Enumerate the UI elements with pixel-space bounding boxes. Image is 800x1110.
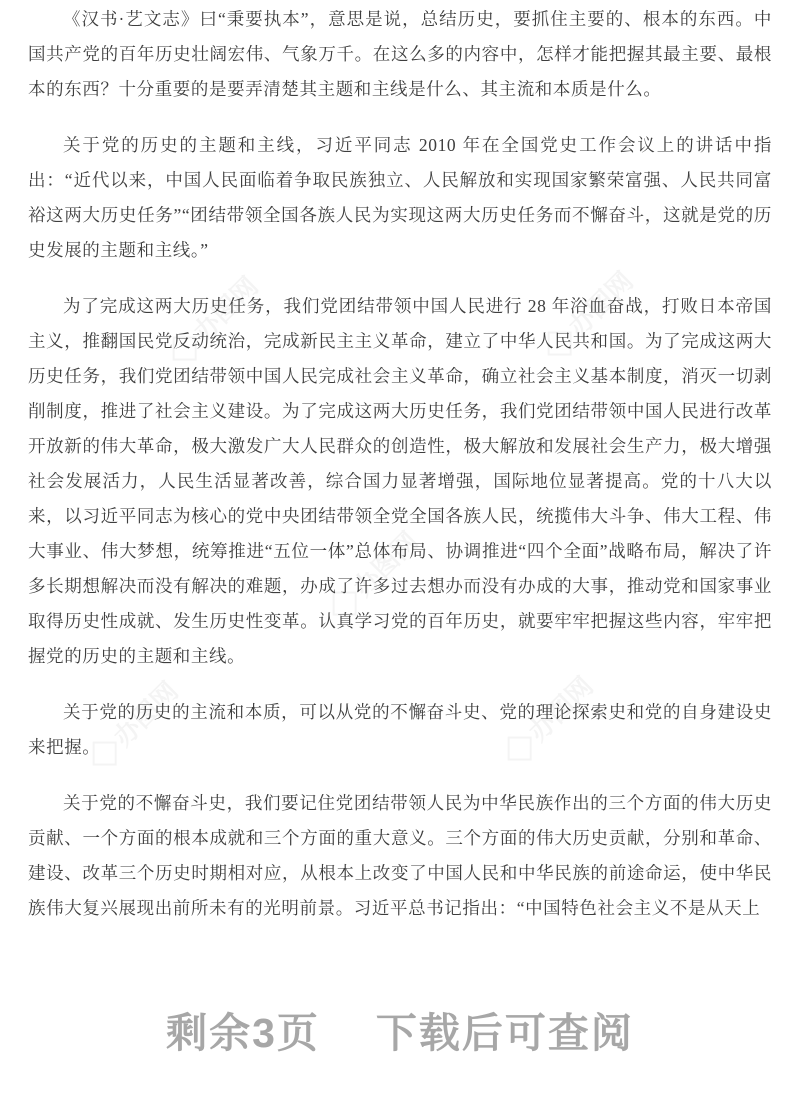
paragraph: 为了完成这两大历史任务，我们党团结带领中国人民进行 28 年浴血奋战，打败日本帝… bbox=[28, 289, 772, 674]
paragraph: 关于党的历史的主题和主线，习近平同志 2010 年在全国党史工作会议上的讲话中指… bbox=[28, 128, 772, 268]
pages-remaining-label: 剩余3页 bbox=[166, 1010, 320, 1056]
paragraph: 关于党的不懈奋斗史，我们要记住党团结带领人民为中华民族作出的三个方面的伟大历史贡… bbox=[28, 786, 772, 926]
paragraph: 《汉书·艺文志》曰“秉要执本”，意思是说，总结历史，要抓住主要的、根本的东西。中… bbox=[28, 2, 772, 107]
document-page: 办图网 办图网 办图网 办图网 办图网 《汉书·艺文志》曰“秉要执本”，意思是说… bbox=[0, 0, 800, 1110]
download-hint-label: 下载后可查阅 bbox=[376, 1010, 634, 1056]
pages-remaining-banner: 剩余3页下载后可查阅 bbox=[0, 1000, 800, 1059]
paragraph: 关于党的历史的主流和本质，可以从党的不懈奋斗史、党的理论探索史和党的自身建设史来… bbox=[28, 695, 772, 765]
document-body: 《汉书·艺文志》曰“秉要执本”，意思是说，总结历史，要抓住主要的、根本的东西。中… bbox=[0, 0, 800, 926]
